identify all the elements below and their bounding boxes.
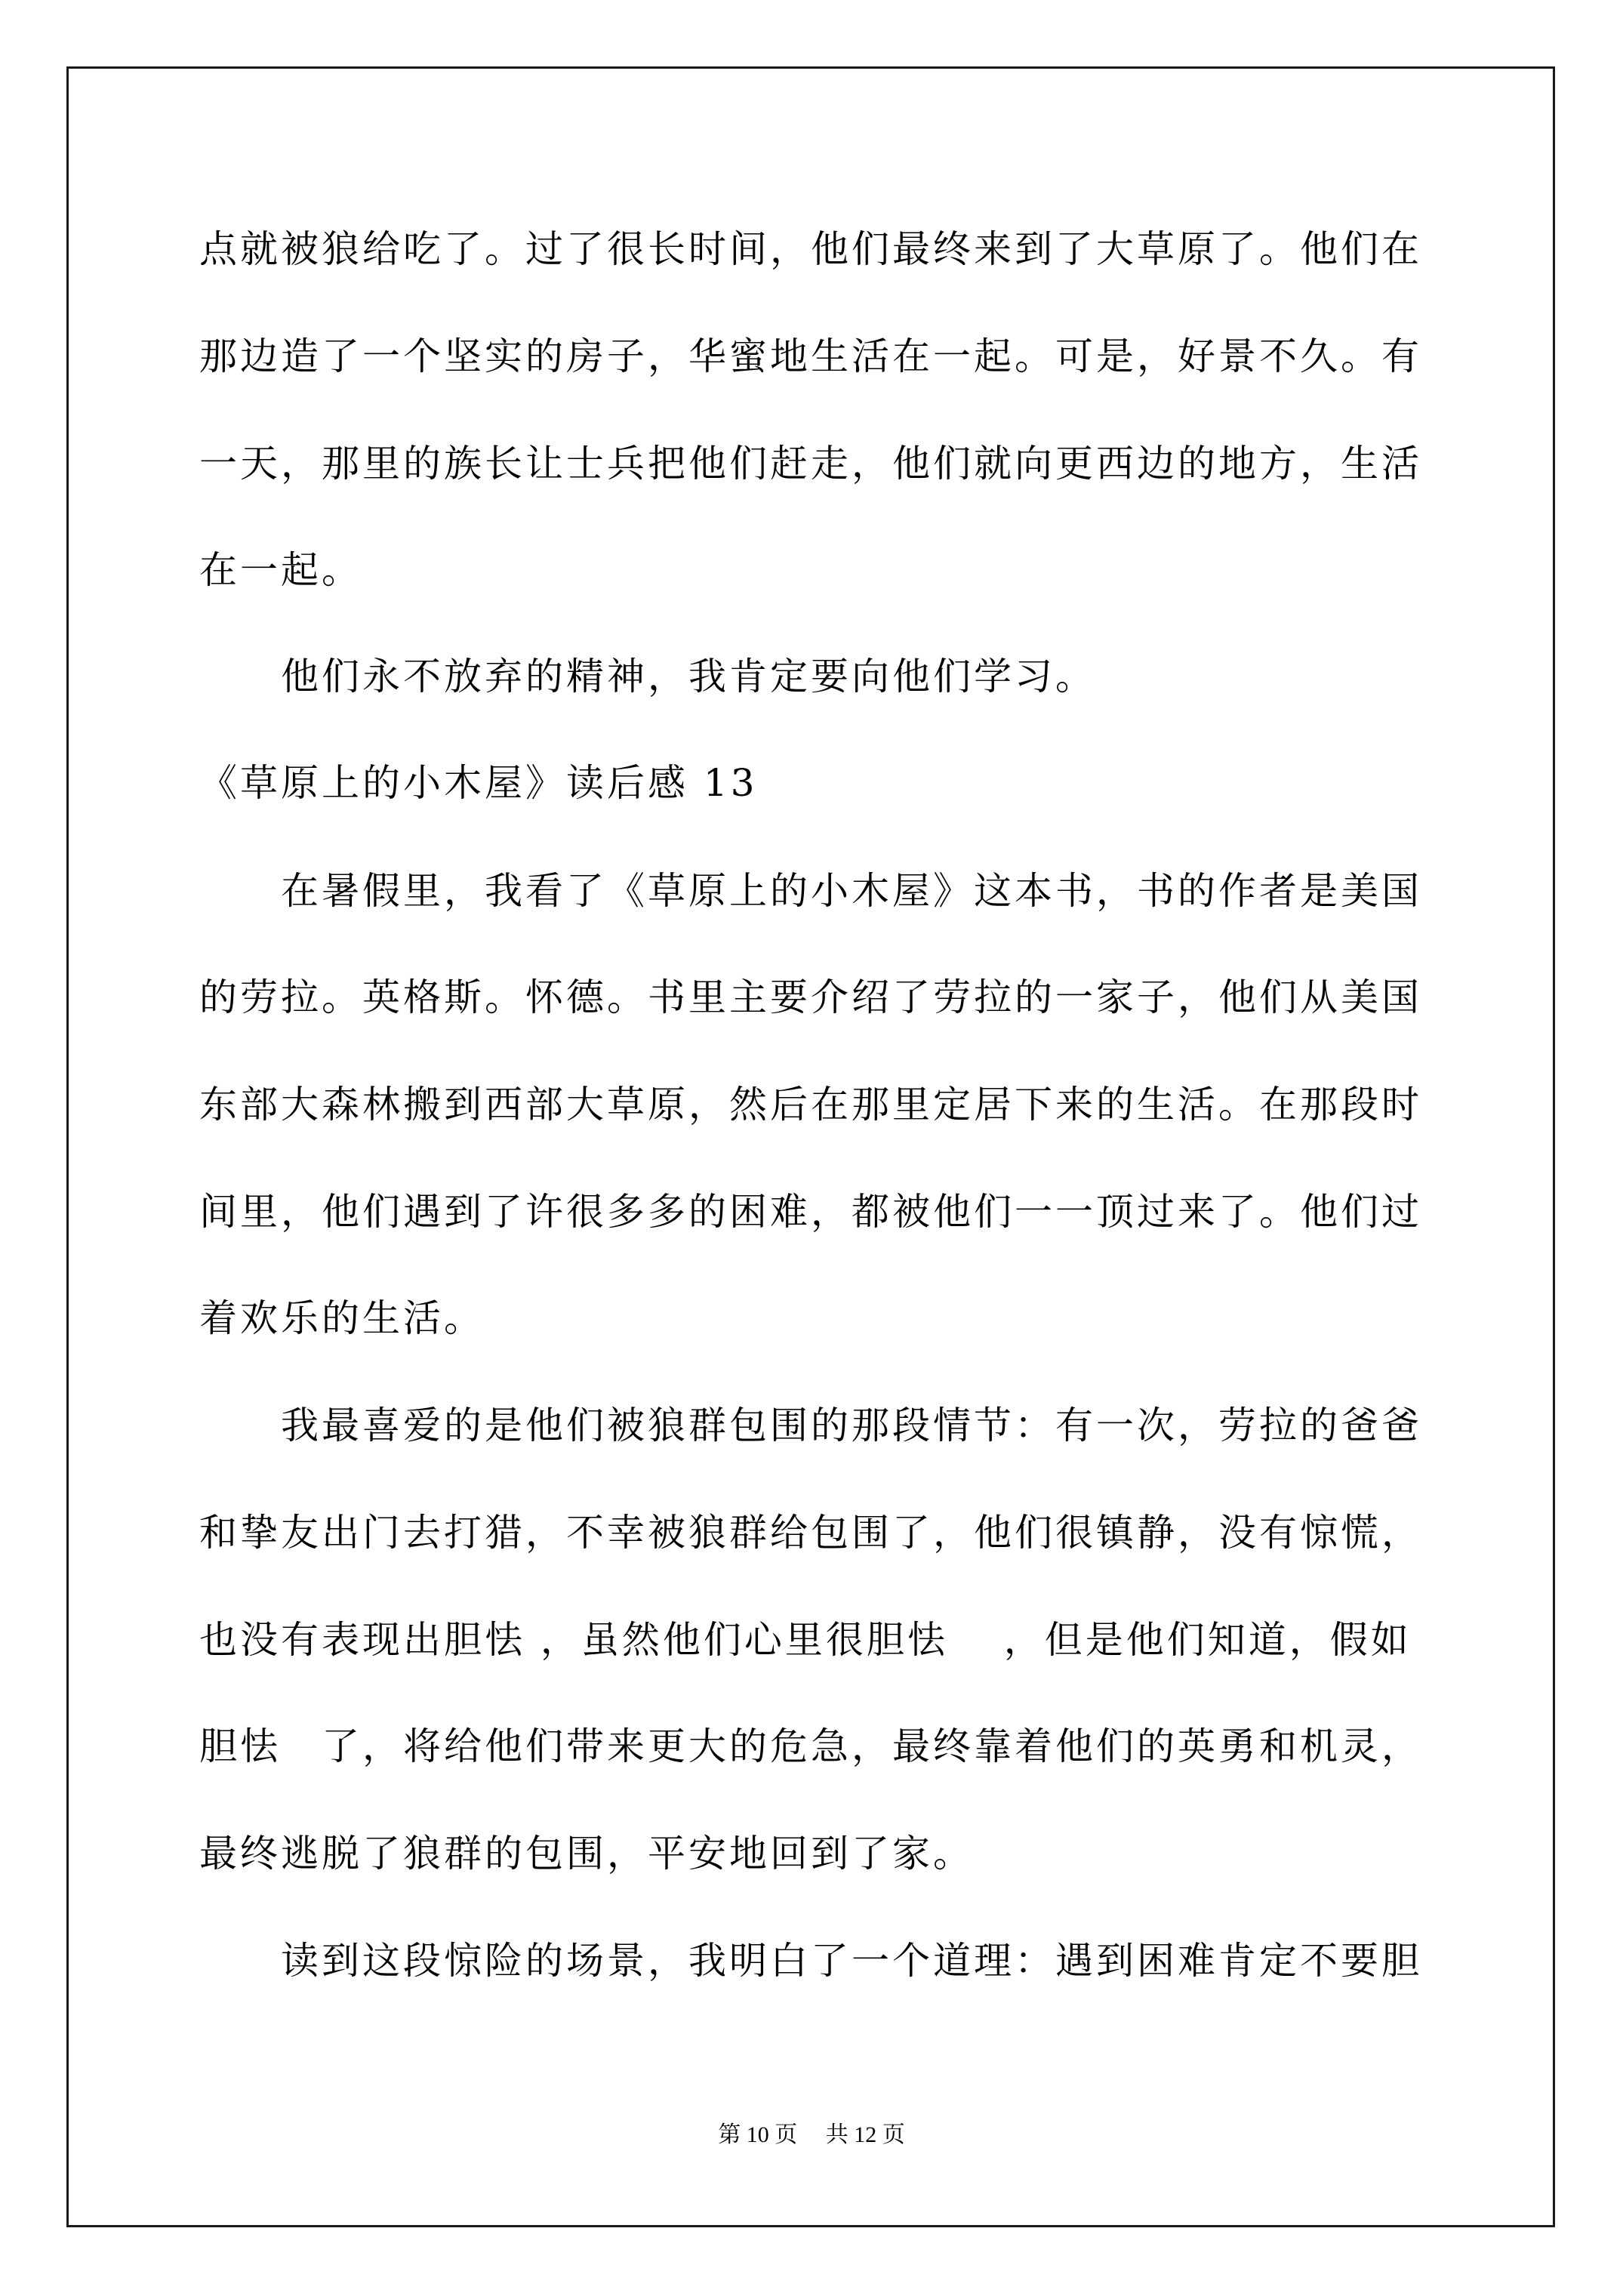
text-line: 东部大森林搬到西部大草原，然后在那里定居下来的生活。在那段时 bbox=[199, 1082, 1422, 1127]
text-line: 读到这段惊险的场景，我明白了一个道理：遇到困难肯定不要胆 bbox=[281, 1938, 1422, 1983]
page-border bbox=[66, 66, 1555, 2227]
text-line: 的劳拉。英格斯。怀德。书里主要介绍了劳拉的一家子，他们从美国 bbox=[199, 975, 1422, 1020]
page-footer: 第 10 页 共 12 页 bbox=[0, 2120, 1623, 2150]
text-line: 点就被狼给吃了。过了很长时间，他们最终来到了大草原了。他们在 bbox=[199, 227, 1422, 272]
text-line: 在一起。 bbox=[199, 547, 362, 593]
text-line: 间里，他们遇到了许很多多的困难，都被他们一一顶过来了。他们过 bbox=[199, 1189, 1422, 1234]
text-line: 着欢乐的生活。 bbox=[199, 1296, 485, 1341]
text-line: 我最喜爱的是他们被狼群包围的那段情节：有一次，劳拉的爸爸 bbox=[281, 1403, 1422, 1448]
text-line: 和挚友出门去打猎，不幸被狼群给包围了，他们很镇静，没有惊慌， bbox=[199, 1510, 1422, 1555]
text-line: 他们永不放弃的精神，我肯定要向他们学习。 bbox=[281, 654, 1096, 699]
text-line: 也没有表现出胆怯 ，虽然他们心里很胆怯 ，但是他们知道，假如 bbox=[199, 1617, 1412, 1663]
text-line: 最终逃脱了狼群的包围，平安地回到了家。 bbox=[199, 1831, 974, 1876]
section-heading: 《草原上的小木屋》读后感 13 bbox=[199, 760, 758, 806]
page-indicator: 第 10 页 共 12 页 bbox=[718, 2122, 905, 2147]
text-line: 那边造了一个坚实的房子，华蜜地生活在一起。可是，好景不久。有 bbox=[199, 334, 1422, 379]
text-line: 一天，那里的族长让士兵把他们赶走，他们就向更西边的地方，生活 bbox=[199, 441, 1422, 486]
text-line: 胆怯 了，将给他们带来更大的危急，最终靠着他们的英勇和机灵， bbox=[199, 1724, 1422, 1769]
text-line: 在暑假里，我看了《草原上的小木屋》这本书，书的作者是美国 bbox=[281, 868, 1422, 914]
